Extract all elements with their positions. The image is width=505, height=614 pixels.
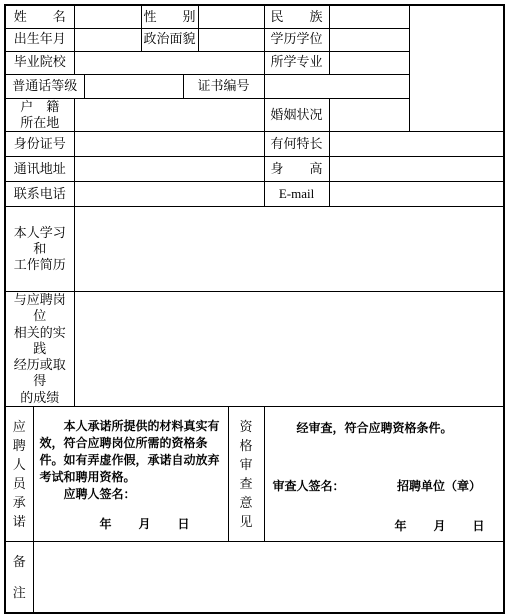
mailing-address-label: 通讯地址 bbox=[5, 157, 74, 182]
household-registration-field[interactable] bbox=[74, 98, 264, 132]
row-phone-email: 联系电话 E-mail bbox=[5, 182, 504, 207]
political-status-field[interactable] bbox=[198, 28, 264, 51]
gender-label: 性 别 bbox=[141, 5, 198, 28]
applicant-commitment-label: 应 聘 人 员 承 诺 bbox=[5, 406, 33, 541]
recruiting-unit-seal-label: 招聘单位（章） bbox=[397, 476, 481, 496]
specialties-field[interactable] bbox=[329, 132, 504, 157]
major-field[interactable] bbox=[329, 51, 409, 74]
row-name-gender-ethnicity: 姓 名 性 别 民 族 bbox=[5, 5, 504, 28]
birth-date-field[interactable] bbox=[74, 28, 141, 51]
photo-cell[interactable] bbox=[409, 5, 504, 132]
related-experience-field[interactable] bbox=[74, 292, 504, 407]
height-field[interactable] bbox=[329, 157, 504, 182]
qualification-review-label: 资 格 审 查 意 见 bbox=[228, 406, 264, 541]
applicant-signature-label: 应聘人签名： bbox=[40, 486, 222, 503]
birth-date-label: 出生年月 bbox=[5, 28, 74, 51]
mandarin-level-field[interactable] bbox=[84, 74, 183, 98]
certificate-no-field[interactable] bbox=[264, 74, 409, 98]
row-id-specialties: 身份证号 有何特长 bbox=[5, 132, 504, 157]
education-degree-label: 学历学位 bbox=[264, 28, 329, 51]
study-work-resume-label: 本人学习和 工作简历 bbox=[5, 207, 74, 292]
id-number-label: 身份证号 bbox=[5, 132, 74, 157]
review-conclusion-text: 经审查，符合应聘资格条件。 bbox=[273, 418, 496, 438]
email-field[interactable] bbox=[329, 182, 504, 207]
contact-phone-field[interactable] bbox=[74, 182, 264, 207]
household-registration-label: 户 籍 所在地 bbox=[5, 98, 74, 132]
height-label: 身 高 bbox=[264, 157, 329, 182]
remarks-field[interactable] bbox=[33, 541, 504, 613]
reviewer-signature-label: 审查人签名： bbox=[273, 476, 345, 496]
major-label: 所学专业 bbox=[264, 51, 329, 74]
ethnicity-label: 民 族 bbox=[264, 5, 329, 28]
name-label: 姓 名 bbox=[5, 5, 74, 28]
specialties-label: 有何特长 bbox=[264, 132, 329, 157]
row-commitment-review: 应 聘 人 员 承 诺 本人承诺所提供的材料真实有效，符合应聘岗位所需的资格条件… bbox=[5, 406, 504, 541]
remarks-label: 备 注 bbox=[5, 541, 33, 613]
marital-status-field[interactable] bbox=[329, 98, 409, 132]
mandarin-level-label: 普通话等级 bbox=[5, 74, 84, 98]
applicant-commitment-content[interactable]: 本人承诺所提供的材料真实有效，符合应聘岗位所需的资格条件。如有弄虚作假，承诺自动… bbox=[33, 406, 228, 541]
certificate-no-label: 证书编号 bbox=[183, 74, 264, 98]
row-study-work-resume: 本人学习和 工作简历 bbox=[5, 207, 504, 292]
marital-status-label: 婚姻状况 bbox=[264, 98, 329, 132]
contact-phone-label: 联系电话 bbox=[5, 182, 74, 207]
graduate-school-field[interactable] bbox=[74, 51, 264, 74]
name-field[interactable] bbox=[74, 5, 141, 28]
ethnicity-field[interactable] bbox=[329, 5, 409, 28]
education-degree-field[interactable] bbox=[329, 28, 409, 51]
row-remarks: 备 注 bbox=[5, 541, 504, 613]
application-form-table: 姓 名 性 别 民 族 出生年月 政治面貌 学历学位 毕业院校 所学专业 普通话… bbox=[4, 4, 505, 614]
review-signature-line: 审查人签名： 招聘单位（章） bbox=[273, 476, 496, 496]
gender-field[interactable] bbox=[198, 5, 264, 28]
applicant-date-line: 年 月 日 bbox=[100, 516, 222, 533]
email-label: E-mail bbox=[264, 182, 329, 207]
qualification-review-content[interactable]: 经审查，符合应聘资格条件。 审查人签名： 招聘单位（章） 年 月 日 bbox=[264, 406, 504, 541]
political-status-label: 政治面貌 bbox=[141, 28, 198, 51]
row-related-experience: 与应聘岗位 相关的实践 经历或取得 的成绩 bbox=[5, 292, 504, 407]
row-address-height: 通讯地址 身 高 bbox=[5, 157, 504, 182]
mailing-address-field[interactable] bbox=[74, 157, 264, 182]
id-number-field[interactable] bbox=[74, 132, 264, 157]
study-work-resume-field[interactable] bbox=[74, 207, 504, 292]
commitment-statement-text: 本人承诺所提供的材料真实有效，符合应聘岗位所需的资格条件。如有弄虚作假，承诺自动… bbox=[40, 418, 222, 486]
related-experience-label: 与应聘岗位 相关的实践 经历或取得 的成绩 bbox=[5, 292, 74, 407]
review-date-line: 年 月 日 bbox=[395, 516, 496, 536]
graduate-school-label: 毕业院校 bbox=[5, 51, 74, 74]
